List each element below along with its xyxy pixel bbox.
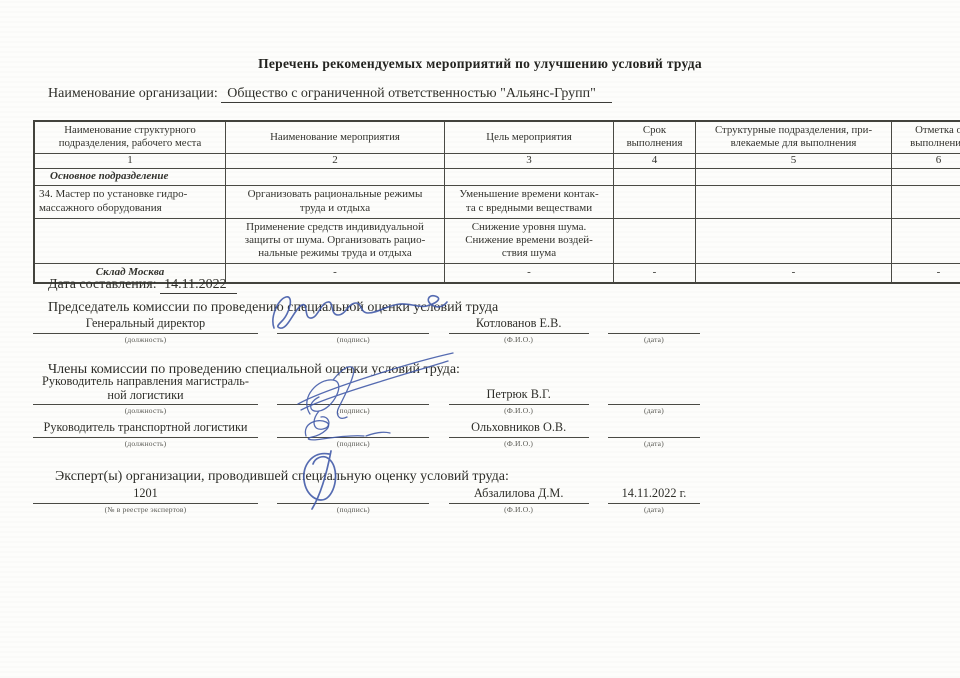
cell-mark: [892, 185, 960, 218]
expert-signature-ink: [294, 449, 348, 513]
header-measure-name: Наименование мероприятия: [226, 121, 445, 153]
table-cell: -: [892, 263, 960, 283]
table-cell: [614, 168, 696, 185]
expert-registry-number: 1201: [33, 486, 258, 504]
expert-registry-col: 1201 (№ в реестре экспертов): [33, 486, 258, 514]
chairman-position-col: Генеральный директор (должность): [33, 316, 258, 344]
cell-involved: [696, 185, 892, 218]
date-caption: (дата): [608, 405, 700, 415]
position-caption: (должность): [33, 438, 258, 448]
member1-position-col: Руководитель направления магистраль- ной…: [33, 374, 258, 415]
section-name: Основное подразделение: [34, 168, 226, 185]
cell-involved: [696, 218, 892, 263]
header-completion-mark: Отметка о выполнении: [892, 121, 960, 153]
cell-measure: Организовать рациональные режимы труда и…: [226, 185, 445, 218]
expert-date: 14.11.2022 г.: [608, 486, 700, 504]
member2-date: [608, 420, 700, 438]
table-cell: -: [445, 263, 614, 283]
header-deadline: Срок выполнения: [614, 121, 696, 153]
col-number: 6: [892, 153, 960, 168]
column-number-row: 1 2 3 4 5 6: [34, 153, 960, 168]
col-number: 5: [696, 153, 892, 168]
col-number: 2: [226, 153, 445, 168]
document-page: Перечень рекомендуемых мероприятий по ул…: [0, 0, 960, 678]
member1-name-col: Петрюк В.Г. (Ф.И.О.): [449, 387, 589, 415]
member2-name-col: Ольховников О.В. (Ф.И.О.): [449, 420, 589, 448]
cell-goal: Уменьшение времени контак- та с вредными…: [445, 185, 614, 218]
table-cell: [226, 168, 445, 185]
expert-name: Абзалилова Д.М.: [449, 486, 589, 504]
composition-date-value: 14.11.2022: [160, 277, 236, 294]
table-row: 34. Мастер по установке гидро- массажног…: [34, 185, 960, 218]
expert-date-col: 14.11.2022 г. (дата): [608, 486, 700, 514]
col-number: 4: [614, 153, 696, 168]
col-number: 3: [445, 153, 614, 168]
header-structural-unit: Наименование структурного подразделения,…: [34, 121, 226, 153]
cell-deadline: [614, 185, 696, 218]
table-row: Применение средств индивидуальной защиты…: [34, 218, 960, 263]
table-cell: [696, 168, 892, 185]
chairman-date: [608, 316, 700, 334]
cell-goal: Снижение уровня шума. Снижение времени в…: [445, 218, 614, 263]
col-number: 1: [34, 153, 226, 168]
date-caption: (дата): [608, 334, 700, 344]
name-caption: (Ф.И.О.): [449, 438, 589, 448]
organization-value: Общество с ограниченной ответственностью…: [221, 86, 612, 103]
measures-table: Наименование структурного подразделения,…: [33, 120, 960, 284]
organization-line: Наименование организации: Общество с огр…: [48, 86, 612, 102]
composition-date-line: Дата составления: 14.11.2022: [48, 277, 237, 293]
header-measure-goal: Цель мероприятия: [445, 121, 614, 153]
cell-deadline: [614, 218, 696, 263]
cell-workplace: 34. Мастер по установке гидро- массажног…: [34, 185, 226, 218]
registry-caption: (№ в реестре экспертов): [33, 504, 258, 514]
date-caption: (дата): [608, 438, 700, 448]
chairman-name: Котлованов Е.В.: [449, 316, 589, 334]
cell-workplace: [34, 218, 226, 263]
expert-heading: Эксперт(ы) организации, проводившей спец…: [55, 469, 509, 485]
position-caption: (должность): [33, 405, 258, 415]
date-caption: (дата): [608, 504, 700, 514]
table-header-row: Наименование структурного подразделения,…: [34, 121, 960, 153]
section-row: Основное подразделение: [34, 168, 960, 185]
chairman-signature-ink: [268, 290, 448, 334]
cell-measure: Применение средств индивидуальной защиты…: [226, 218, 445, 263]
name-caption: (Ф.И.О.): [449, 405, 589, 415]
table-cell: [892, 168, 960, 185]
member2-name: Ольховников О.В.: [449, 420, 589, 438]
member1-position: Руководитель направления магистраль- ной…: [33, 374, 258, 405]
chairman-name-col: Котлованов Е.В. (Ф.И.О.): [449, 316, 589, 344]
cell-mark: [892, 218, 960, 263]
expert-signature-row: 1201 (№ в реестре экспертов) (подпись) А…: [33, 486, 700, 514]
table-cell: -: [226, 263, 445, 283]
table-cell: -: [696, 263, 892, 283]
page-title: Перечень рекомендуемых мероприятий по ул…: [0, 56, 960, 72]
organization-label: Наименование организации:: [48, 86, 218, 101]
member1-date: [608, 387, 700, 405]
composition-date-label: Дата составления:: [48, 277, 157, 292]
member1-date-col: (дата): [608, 387, 700, 415]
table-cell: [445, 168, 614, 185]
name-caption: (Ф.И.О.): [449, 334, 589, 344]
chairman-position: Генеральный директор: [33, 316, 258, 334]
name-caption: (Ф.И.О.): [449, 504, 589, 514]
header-involved-units: Структурные подразделения, при- влекаемы…: [696, 121, 892, 153]
table-cell: -: [614, 263, 696, 283]
member2-position: Руководитель транспортной логистики: [33, 420, 258, 438]
expert-name-col: Абзалилова Д.М. (Ф.И.О.): [449, 486, 589, 514]
member2-signature-ink: [292, 414, 412, 446]
position-caption: (должность): [33, 334, 258, 344]
chairman-date-col: (дата): [608, 316, 700, 344]
member1-name: Петрюк В.Г.: [449, 387, 589, 405]
member2-position-col: Руководитель транспортной логистики (дол…: [33, 420, 258, 448]
member2-date-col: (дата): [608, 420, 700, 448]
signature-caption: (подпись): [277, 334, 429, 344]
